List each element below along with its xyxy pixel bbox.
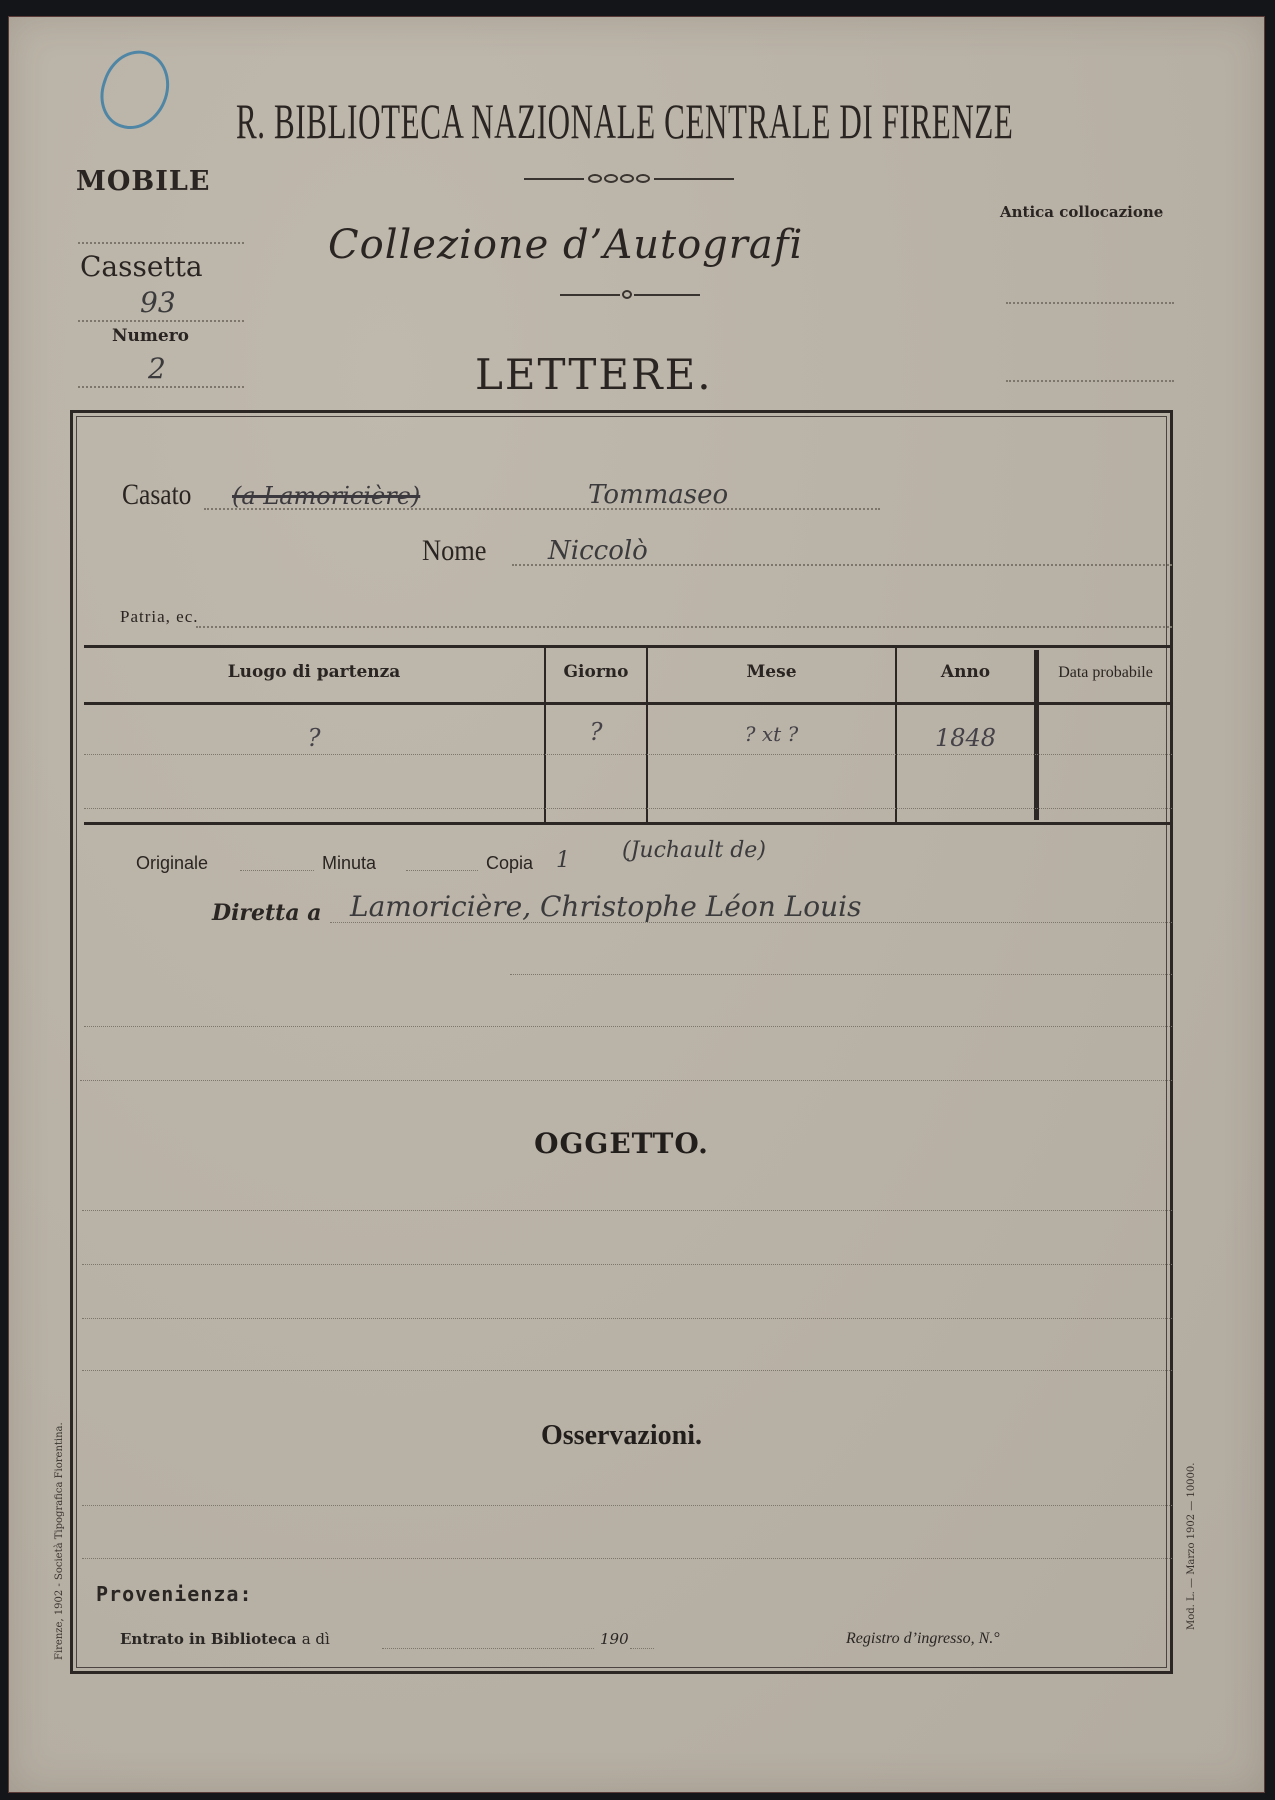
oggetto-title: OGGETTO. bbox=[76, 1127, 1167, 1160]
numero-value: 2 bbox=[148, 352, 166, 385]
numero-label: Numero bbox=[112, 326, 189, 346]
entrato-adi: a dì bbox=[302, 1630, 330, 1648]
minuta-label: Minuta bbox=[322, 853, 376, 874]
minuta-field[interactable] bbox=[406, 870, 478, 871]
osservazioni-title: Osservazioni. bbox=[76, 1420, 1167, 1452]
cassetta-field[interactable] bbox=[78, 320, 244, 322]
blank-line-2[interactable] bbox=[84, 1026, 1172, 1027]
nome-label: Nome bbox=[422, 534, 487, 568]
col-header-luogo: Luogo di partenza bbox=[84, 662, 544, 682]
patria-label: Patria, ec. bbox=[120, 607, 199, 627]
registro-label: Registro d’ingresso, N.° bbox=[846, 1630, 1000, 1648]
casato-struck-value: (a Lamoricière) bbox=[232, 482, 420, 510]
antica-collocazione-field-2[interactable] bbox=[1006, 380, 1174, 382]
main-frame-inner bbox=[76, 416, 1167, 1668]
cell-mese: ? xt ? bbox=[648, 722, 895, 746]
title-ornament-top bbox=[524, 174, 734, 184]
year-suffix-field[interactable] bbox=[630, 1648, 654, 1649]
oggetto-line-3[interactable] bbox=[82, 1318, 1172, 1319]
patria-field[interactable] bbox=[196, 626, 1172, 628]
col-header-giorno: Giorno bbox=[546, 662, 646, 682]
cassetta-value: 93 bbox=[140, 286, 176, 319]
year-prefix: 190 bbox=[600, 1630, 629, 1648]
library-title: R. BIBLIOTECA NAZIONALE CENTRALE DI FIRE… bbox=[236, 92, 1030, 150]
model-note: Mod. L. — Marzo 1902 — 10000. bbox=[1186, 1463, 1197, 1630]
numero-field[interactable] bbox=[78, 386, 244, 388]
table-row-2-line bbox=[84, 808, 1172, 809]
entrato-date-field[interactable] bbox=[382, 1648, 594, 1649]
category-title: LETTERE. bbox=[475, 350, 713, 399]
title-ornament-bottom bbox=[560, 290, 700, 300]
table-header-rule bbox=[84, 702, 1172, 705]
cell-giorno: ? bbox=[546, 718, 646, 746]
oggetto-line-4[interactable] bbox=[82, 1370, 1172, 1371]
col-header-data-probabile: Data probabile bbox=[1039, 664, 1172, 682]
antica-collocazione-label: Antica collocazione bbox=[1000, 203, 1163, 221]
col-header-mese: Mese bbox=[648, 662, 895, 682]
originale-field[interactable] bbox=[240, 870, 314, 871]
nome-field[interactable] bbox=[512, 564, 1172, 566]
table-row-1-line bbox=[84, 754, 1172, 755]
diretta-label: Diretta a bbox=[212, 900, 322, 926]
copia-label: Copia bbox=[486, 853, 533, 874]
casato-value: Tommaseo bbox=[588, 480, 728, 510]
collection-title: Collezione d’Autografi bbox=[328, 222, 803, 268]
table-bottom-rule bbox=[84, 822, 1172, 825]
casato-field[interactable] bbox=[204, 508, 880, 510]
cassetta-label: Cassetta bbox=[80, 250, 203, 283]
osservazioni-line-2[interactable] bbox=[82, 1558, 1172, 1559]
printer-note: Firenze, 1902 - Società Tipografica Fior… bbox=[54, 1422, 65, 1660]
table-top-rule bbox=[84, 645, 1172, 648]
osservazioni-line-1[interactable] bbox=[82, 1505, 1172, 1506]
entrato-label: Entrato in Biblioteca a dì bbox=[120, 1630, 330, 1648]
copia-value: 1 bbox=[556, 848, 570, 873]
mobile-field[interactable] bbox=[78, 242, 244, 244]
mobile-label: MOBILE bbox=[76, 166, 210, 197]
blank-line-1[interactable] bbox=[510, 974, 1172, 975]
nome-value: Niccolò bbox=[548, 536, 648, 566]
oggetto-line-1[interactable] bbox=[82, 1210, 1172, 1211]
diretta-value: Lamoricière, Christophe Léon Louis bbox=[350, 890, 861, 923]
blank-line-3[interactable] bbox=[80, 1080, 1172, 1081]
provenienza-label: Provenienza: bbox=[96, 1582, 253, 1606]
cell-anno: 1848 bbox=[897, 724, 1034, 752]
copia-note: (Juchault de) bbox=[622, 838, 766, 863]
entrato-text: Entrato in Biblioteca bbox=[120, 1630, 296, 1648]
diretta-field[interactable] bbox=[330, 922, 1172, 923]
cell-luogo: ? bbox=[84, 724, 544, 752]
antica-collocazione-field-1[interactable] bbox=[1006, 302, 1174, 304]
col-header-anno: Anno bbox=[897, 662, 1034, 682]
oggetto-line-2[interactable] bbox=[82, 1264, 1172, 1265]
originale-label: Originale bbox=[136, 853, 208, 874]
casato-label: Casato bbox=[122, 478, 191, 512]
